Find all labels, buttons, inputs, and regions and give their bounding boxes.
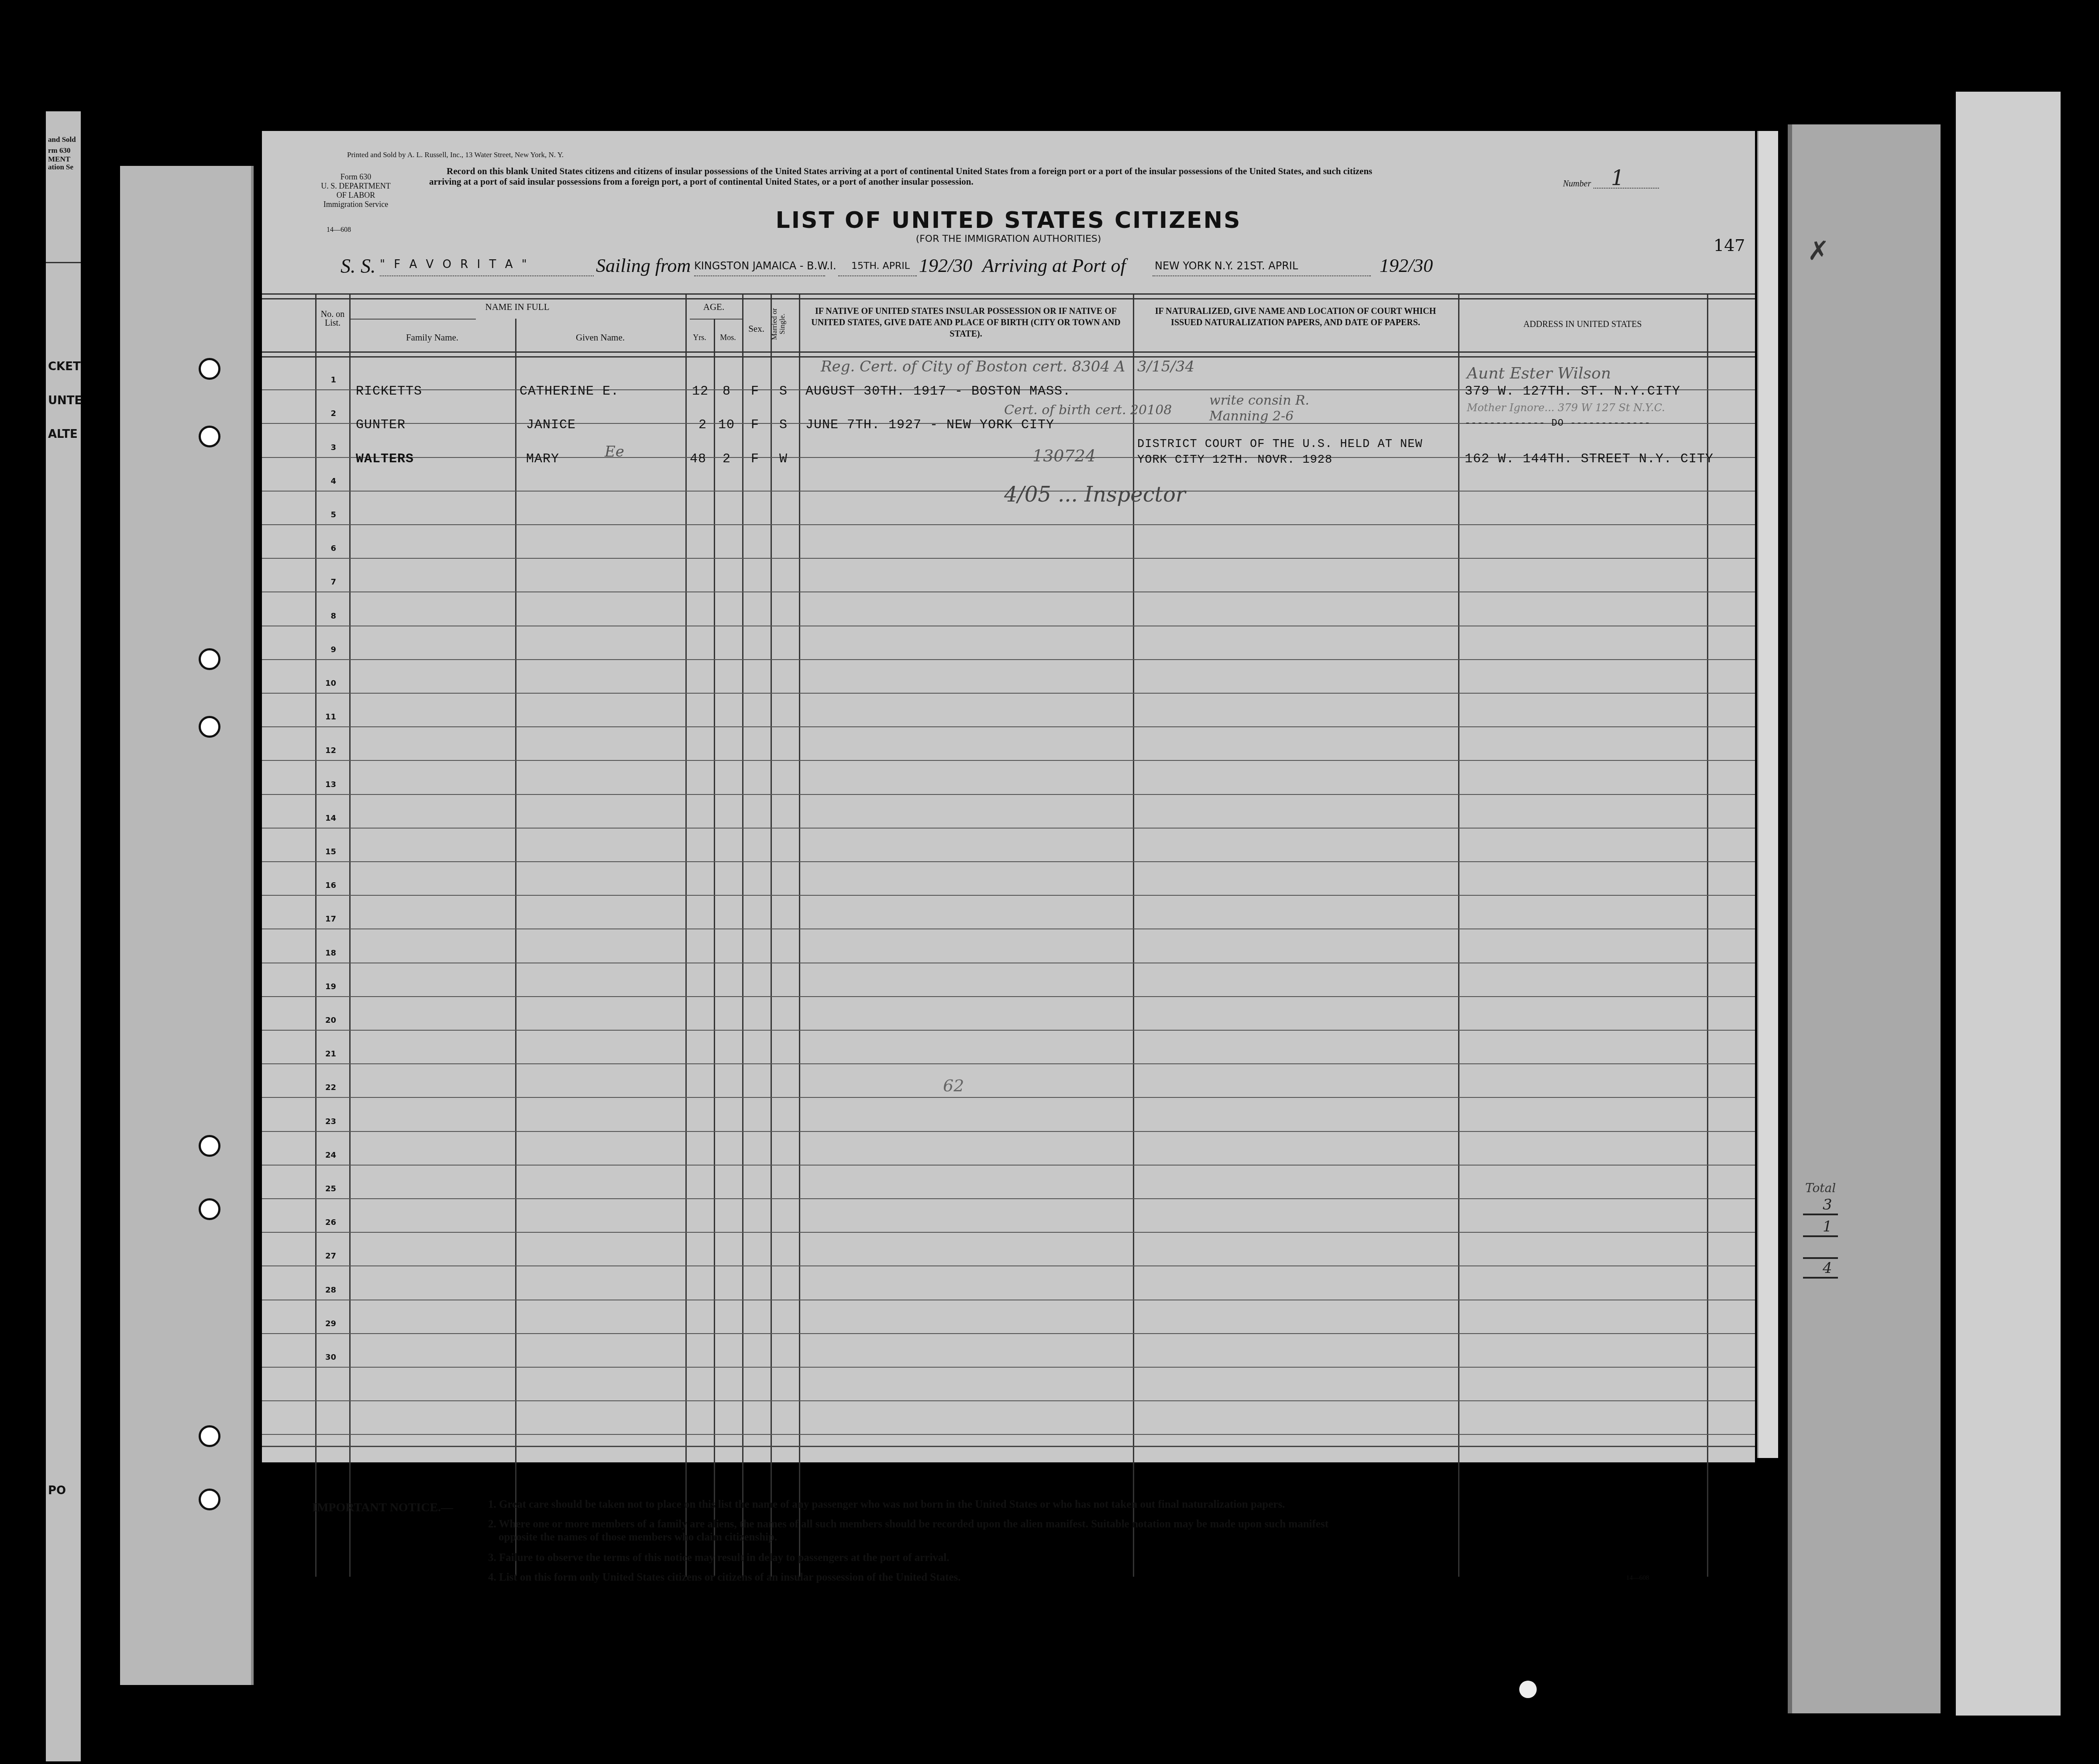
notice-item: 3. Failure to observe the terms of this … [488,1552,950,1564]
row-number: 9 [319,645,336,654]
handwritten-note: Aunt Ester Wilson [1467,364,1611,382]
col-rule [714,319,715,1576]
notice-label: IMPORTANT NOTICE.— [312,1501,453,1515]
header-address: ADDRESS IN UNITED STATES [1458,319,1707,330]
department-name: U. S. DEPARTMENT OF LABOR [319,182,393,200]
row-number: 30 [319,1353,336,1362]
age-mos-cell: 8 [723,384,731,399]
row-rule [262,591,1755,592]
age-mos-cell: 2 [723,452,731,467]
row-rule [262,1232,1755,1233]
row-rule [262,1198,1755,1199]
sailing-rule [694,275,825,276]
age-mos-cell: 10 [718,418,735,433]
handwritten-note: 130724 [1032,446,1096,465]
row-number: 17 [319,915,336,924]
x-mark-icon: ✗ [1807,236,1829,266]
row-rule [262,963,1755,963]
row-rule [262,1300,1755,1300]
row-rule [262,895,1755,896]
row-number: 14 [319,814,336,823]
total-rule [1803,1277,1838,1279]
total-rule [1803,1214,1838,1215]
notice-rule [262,1446,1755,1447]
row-rule [262,524,1755,525]
sailing-year: 192/30 [919,254,972,277]
row-number: 6 [319,544,336,553]
age-subrule [690,319,742,320]
total-rule [1803,1257,1838,1259]
notice-item: opposite the names of those members who … [499,1531,777,1544]
row-number: 24 [319,1151,336,1160]
row-rule [262,1063,1755,1064]
header-name-group: NAME IN FULL [349,301,685,313]
row-rule [262,1030,1755,1031]
center-stamp: 62 [943,1076,964,1095]
row-number: 3 [319,443,336,452]
row-number: 8 [319,612,336,621]
handwritten-note: Reg. Cert. of City of Boston cert. 8304 … [821,358,1125,375]
total-value: 4 [1823,1259,1832,1277]
row-rule [262,1333,1755,1334]
row-number: 18 [319,949,336,958]
ship-rule [380,275,594,276]
address-cell: 379 W. 127TH. ST. N.Y.CITY [1465,384,1680,399]
row-number: 5 [319,510,336,519]
sailing-date: 15TH. APRIL [851,261,910,272]
sailing-date-rule [838,275,917,276]
number-rule [1593,188,1659,189]
binder-cover-right: ✗ Total 3 1 4 [1788,124,1941,1713]
row-number: 2 [319,409,336,418]
printer-line: Printed and Sold by A. L. Russell, Inc.,… [347,151,564,159]
row-number: 23 [319,1117,336,1126]
hole-punch-dot [1519,1681,1537,1698]
row-rule [262,626,1755,626]
header-family: Family Name. [349,332,515,343]
given-name-cell: MARY [526,452,559,467]
row-rule [262,726,1755,727]
binder-hole [199,426,220,447]
fragment-text: CKET [48,360,81,373]
header-age-group: AGE. [685,301,742,313]
notice-item: 1. Great care should be taken not to pla… [488,1499,1285,1511]
voyage-line: S. S. " F A V O R I T A " Sailing from K… [341,254,1694,281]
manifest-sheet: Printed and Sold by A. L. Russell, Inc.,… [262,131,1755,1462]
row-rule [262,558,1755,559]
row-number: 15 [319,847,336,856]
header-no: No. on List. [316,310,349,327]
handwritten-note: write consin R. Manning 2-6 [1209,393,1340,424]
row-rule [262,928,1755,929]
col-rule [315,293,317,1577]
row-number: 1 [319,375,336,385]
row-number: 26 [319,1218,336,1227]
binder-hole [199,1489,220,1510]
fragment-text: PO [48,1484,66,1497]
col-rule [742,293,743,1577]
row-number: 20 [319,1016,336,1025]
form-block: Form 630 U. S. DEPARTMENT OF LABOR Immig… [319,172,393,209]
col-rule [685,293,687,1577]
col-rule [349,293,351,1577]
age-yrs-cell: 2 [699,418,707,433]
row-rule [262,1434,1755,1435]
header-naturalization: IF NATURALIZED, GIVE NAME AND LOCATION O… [1137,306,1454,328]
row-number: 21 [319,1049,336,1059]
col-rule [771,293,772,1577]
ship-prefix: S. S. [341,254,376,278]
total-rule [1803,1235,1838,1237]
binder-hole [199,1135,220,1157]
row-number: 22 [319,1083,336,1092]
marital-cell: S [779,418,788,433]
fragment-text: MENT [48,155,70,163]
birth-cell: JUNE 7TH. 1927 - NEW YORK CITY [805,418,1054,433]
row-number: 25 [319,1184,336,1193]
table-top-rule [262,293,1755,299]
col-rule [1458,293,1459,1577]
notice-item: 4. List on this form only United States … [488,1571,960,1584]
fragment-text: ALTE [48,428,78,441]
row-rule [262,760,1755,761]
col-rule [1707,293,1708,1577]
header-birth: IF NATIVE OF UNITED STATES INSULAR POSSE… [803,306,1129,340]
row-rule [262,1400,1755,1401]
ship-name: " F A V O R I T A " [380,258,530,271]
handwritten-note: 3/15/34 [1137,358,1194,375]
age-yrs-cell: 48 [690,452,706,467]
row-number: 19 [319,982,336,991]
fragment-text: ation Se [48,163,73,171]
row-rule [262,1097,1755,1098]
naturalization-cell: DISTRICT COURT OF THE U.S. HELD AT NEW Y… [1137,437,1452,468]
arriving-label: Arriving at Port of [982,254,1126,277]
row-rule [262,996,1755,997]
binder-hole [199,358,220,380]
handwritten-note: Cert. of birth cert. 20108 [1004,402,1172,418]
row-rule [262,1165,1755,1166]
sheet-edge [1757,131,1778,1458]
total-value: 1 [1823,1218,1832,1235]
given-name-cell: CATHERINE E. [520,384,619,399]
form-number: Form 630 [319,172,393,182]
number-label: Number [1563,179,1591,189]
col-rule [799,293,800,1577]
page-subtitle: (FOR THE IMMIGRATION AUTHORITIES) [262,234,1755,244]
birth-cell: AUGUST 30TH. 1917 - BOSTON MASS. [805,384,1071,399]
row-rule [262,794,1755,795]
header-marital: Married or Single. [771,297,799,351]
row-rule [262,828,1755,829]
row-number: 29 [319,1319,336,1328]
family-name-cell: GUNTER [356,418,406,433]
arriving-year: 192/30 [1380,254,1433,277]
page-stamp: 147 [1714,236,1745,255]
header-given: Given Name. [515,332,685,343]
page-title: LIST OF UNITED STATES CITIZENS [262,207,1755,234]
total-label: Total [1805,1181,1836,1195]
row-number: 27 [319,1252,336,1261]
adjacent-page-fragment: and Sold rm 630 MENT ation Se CKET UNTE … [46,111,81,1761]
header-yrs: Yrs. [685,332,714,343]
binder-hole [199,1425,220,1447]
arriving-rule [1153,275,1371,276]
row-number: 7 [319,578,336,587]
row-number: 11 [319,712,336,722]
signature: 4/05 ... Inspector [1004,482,1186,507]
sailing-label: Sailing from [596,254,691,277]
footer-code: 14—608 [1626,1575,1649,1582]
fragment-rule [46,262,81,263]
row-number: 4 [319,477,336,486]
notice-item: 2. Where one or more members of a family… [488,1518,1328,1530]
number-value: 1 [1611,166,1624,190]
binder-hole [199,648,220,670]
address-cell: 162 W. 144TH. STREET N.Y. CITY [1465,452,1714,467]
row-rule [262,1367,1755,1368]
binder-hole [199,716,220,738]
col-rule [515,319,516,1576]
binder-hole [199,1198,220,1220]
fragment-text: rm 630 [48,146,70,155]
total-value: 3 [1823,1196,1832,1214]
header-bottom-rule [262,351,1755,358]
row-rule [262,659,1755,660]
handwritten-note: Ee [605,443,624,461]
fragment-text: and Sold [48,135,76,144]
row-number: 16 [319,881,336,890]
row-rule [262,1131,1755,1132]
binder-cover-left [120,166,254,1685]
instructions-text: Record on this blank United States citiz… [429,166,1390,187]
address-cell: ------------- DO ------------- [1465,418,1651,429]
sailing-from: KINGSTON JAMAICA - B.W.I. [694,260,836,272]
row-rule [262,693,1755,694]
arriving-port: NEW YORK N.Y. 21ST. APRIL [1155,260,1298,272]
family-name-cell: RICKETTS [356,384,422,399]
name-subrule [349,319,476,320]
header-mos: Mos. [714,332,742,343]
marital-cell: S [779,384,788,399]
row-number: 10 [319,679,336,688]
row-number: 13 [319,780,336,789]
backing-board [1956,92,2061,1716]
row-number: 12 [319,746,336,755]
sex-cell: F [751,384,759,399]
row-rule [262,861,1755,862]
header-sex: Sex. [742,323,771,334]
handwritten-note: Mother Ignore... 379 W 127 St N.Y.C. [1467,402,1665,414]
fragment-text: UNTE [48,394,82,407]
sex-cell: F [751,418,759,433]
row-number: 28 [319,1286,336,1295]
age-yrs-cell: 12 [692,384,709,399]
marital-cell: W [779,452,788,467]
family-name-cell: WALTERS [356,452,414,467]
row-rule [262,1265,1755,1266]
given-name-cell: JANICE [526,418,576,433]
sex-cell: F [751,452,759,467]
